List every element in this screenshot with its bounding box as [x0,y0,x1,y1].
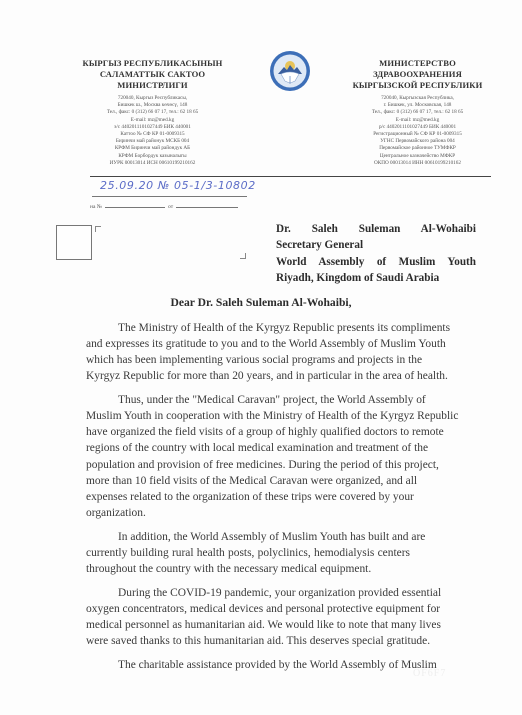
state-emblem-icon [269,50,311,92]
body-paragraph: In addition, the World Assembly of Musli… [86,529,410,577]
addressee-organization: World Assembly of Muslim Youth [276,254,476,270]
body-line: currently building rural health posts, p… [86,545,410,561]
body-paragraph: Thus, under the "Medical Caravan" projec… [86,392,410,521]
body-line: Kyrgyz Republic for more than 20 years, … [86,368,410,384]
body-paragraph: The Ministry of Health of the Kyrgyz Rep… [86,320,410,384]
ministry-name-kyrgyz: КЫРГЫЗ РЕСПУБЛИКАСЫНЫН САЛАМАТТЫК САКТОО… [70,58,235,91]
addressee-location: Riyadh, Kingdom of Saudi Arabia [276,270,476,286]
body-line: and expresses its gratitude to you and t… [86,336,410,352]
salutation: Dear Dr. Saleh Suleman Al-Wohaibi, [0,296,522,309]
body-line: organization. [86,505,410,521]
addressee-name: Dr. Saleh Suleman Al-Wohaibi [276,221,476,237]
stamp-box [56,225,92,260]
address-window-corner-bottom-right [240,253,246,259]
faint-stamp-trace: OF6F7 [413,668,446,679]
body-line: The charitable assistance provided by th… [86,657,410,673]
body-line: more than 10 field visits of the Medical… [86,473,410,489]
body-line: In addition, the World Assembly of Musli… [86,529,410,545]
body-paragraph: During the COVID-19 pandemic, your organ… [86,585,410,649]
ministry-name-russian: МИНИСТЕРСТВО ЗДРАВООХРАНЕНИЯ КЫРГЫЗСКОЙ … [335,58,500,91]
body-line: oxygen concentrators, medical devices an… [86,601,410,617]
addressee-block: Dr. Saleh Suleman Al-Wohaibi Secretary G… [276,221,476,286]
letterhead-kyrgyz: КЫРГЫЗ РЕСПУБЛИКАСЫНЫН САЛАМАТТЫК САКТОО… [70,58,235,167]
body-line: which has been implementing various soci… [86,352,410,368]
reference-number-blank [105,207,165,208]
body-line: population and provision of free medicin… [86,457,410,473]
body-line: regions of the country with local medica… [86,440,410,456]
contact-details-russian: 720040, Кыргызская Республика, г. Бишкек… [335,95,500,167]
contact-details-kyrgyz: 720040, Кыргыз Республикасы, Бишкек ш., … [70,95,235,167]
address-window-corner-top-left [95,226,101,232]
registration-number-handwritten: 25.09.20 № 05-1/3-10802 [100,179,256,192]
body-line: have organized the field visits of a gro… [86,424,410,440]
body-line: Muslim Youth in cooperation with the Min… [86,408,410,424]
body-line: were saved thanks to this humanitarian a… [86,633,410,649]
letter-body: The Ministry of Health of the Kyrgyz Rep… [86,320,410,673]
header-divider [90,176,491,177]
body-paragraph: The charitable assistance provided by th… [86,657,410,673]
body-line: The Ministry of Health of the Kyrgyz Rep… [86,320,410,336]
body-line: During the COVID-19 pandemic, your organ… [86,585,410,601]
addressee-title: Secretary General [276,237,476,253]
body-line: throughout the country with the necessar… [86,561,410,577]
body-line: Thus, under the "Medical Caravan" projec… [86,392,410,408]
letter-page: КЫРГЫЗ РЕСПУБЛИКАСЫНЫН САЛАМАТТЫК САКТОО… [0,0,522,715]
letterhead-russian: МИНИСТЕРСТВО ЗДРАВООХРАНЕНИЯ КЫРГЫЗСКОЙ … [335,58,500,167]
body-line: expenses related to the organization of … [86,489,410,505]
reference-row: на №от [90,204,238,210]
body-line: medical personnel as humanitarian aid. W… [86,617,410,633]
reference-date-blank [176,207,238,208]
